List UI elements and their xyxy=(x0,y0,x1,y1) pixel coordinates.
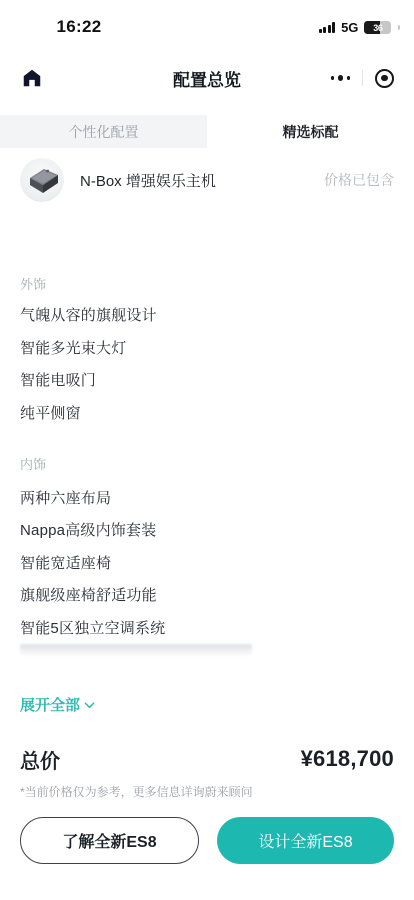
miniprogram-capsule xyxy=(319,64,401,92)
action-buttons: 了解全新ES8 设计全新ES8 xyxy=(20,817,394,864)
feature-item: 两种六座布局 xyxy=(20,487,111,508)
close-target-button[interactable] xyxy=(375,69,394,88)
chevron-down-icon xyxy=(84,700,95,711)
tab-personalized-config[interactable]: 个性化配置 xyxy=(0,115,207,148)
total-price-row: 总价 ¥618,700 xyxy=(20,744,394,774)
feature-item: 智能5区独立空调系统 xyxy=(20,617,165,638)
price-disclaimer: *当前价格仅为参考，更多信息详询蔚来顾问 xyxy=(20,783,253,800)
capsule-divider xyxy=(362,70,363,86)
status-time: 16:22 xyxy=(44,17,114,37)
total-price-label: 总价 xyxy=(20,745,60,774)
feature-item: 智能多光束大灯 xyxy=(20,337,126,358)
nav-bar: 配置总览 xyxy=(0,52,414,104)
expand-all-button[interactable]: 展开全部 xyxy=(20,694,95,715)
expand-all-label: 展开全部 xyxy=(20,694,80,715)
cellular-signal-icon xyxy=(319,22,336,33)
status-indicators: 5G 36 xyxy=(319,20,400,35)
included-item-row[interactable]: N-Box 增强娱乐主机 价格已包含 xyxy=(20,156,394,204)
feature-item: 纯平侧窗 xyxy=(20,402,81,423)
battery-percent: 36 xyxy=(364,21,391,34)
included-item-name: N-Box 增强娱乐主机 xyxy=(80,170,216,191)
learn-es8-button[interactable]: 了解全新ES8 xyxy=(20,817,199,864)
total-price-value: ¥618,700 xyxy=(301,746,394,772)
tab-bar: 个性化配置 精选标配 xyxy=(0,115,414,148)
battery-cap xyxy=(398,25,400,30)
feature-item: 智能电吸门 xyxy=(20,369,96,390)
feature-item: Nappa高级内饰套装 xyxy=(20,519,156,540)
feature-item: 智能宽适座椅 xyxy=(20,552,111,573)
design-es8-button[interactable]: 设计全新ES8 xyxy=(217,817,394,864)
feature-item: 气魄从容的旗舰设计 xyxy=(20,304,157,325)
section-title-exterior: 外饰 xyxy=(20,274,46,293)
battery-icon: 36 xyxy=(364,21,391,34)
section-title-interior: 内饰 xyxy=(20,454,46,473)
nbox-thumbnail-image xyxy=(20,158,64,202)
status-bar: 16:22 5G 36 xyxy=(0,0,414,44)
included-item-status: 价格已包含 xyxy=(324,170,394,190)
more-options-button[interactable] xyxy=(319,75,363,81)
tab-standard-config[interactable]: 精选标配 xyxy=(207,115,414,148)
network-type-label: 5G xyxy=(341,20,358,35)
faded-next-item xyxy=(20,644,252,659)
feature-item: 旗舰级座椅舒适功能 xyxy=(20,584,157,605)
app-screen: 16:22 5G 36 配置总览 个性化配置 精选标配 xyxy=(0,0,414,900)
